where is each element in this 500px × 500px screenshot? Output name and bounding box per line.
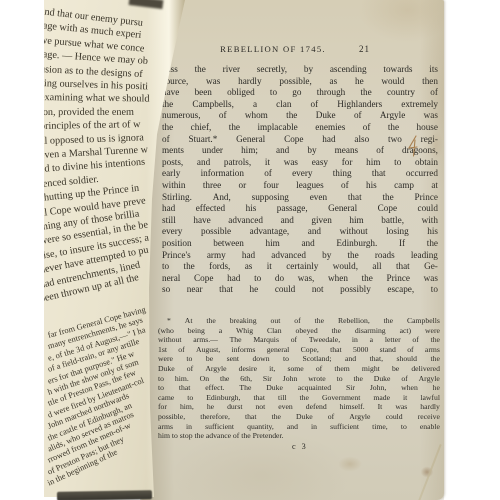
footnote-line: weretobesentdowntoScotland;andthat,shoul… <box>158 354 440 364</box>
body-line: mentsunderhim;andbymeansofdragoons, <box>162 145 438 157</box>
signature-mark: c 3 <box>292 442 308 451</box>
body-line: neralCopehadtodowas,whenthePrincewas <box>162 273 438 285</box>
book-bottom-edge <box>57 490 152 500</box>
footnote-line: him to stop the advance of the Pretender… <box>158 431 440 441</box>
footnote-line: *AtthebreakingoutoftheRebellion,theCampb… <box>158 316 440 326</box>
body-line: positionbetweenhimandEdinburgh.Ifthe <box>162 238 438 250</box>
footnote-line: cametoEdinburgh,thattilltheGovernmentmad… <box>158 393 440 403</box>
footnote-line: DukeofArgyledesireit,someofthemmightbede… <box>158 364 440 374</box>
header-title: REBELLION OF 1745. <box>220 44 326 54</box>
footnote-line: armsinsufficientquantity,andinsufficient… <box>158 422 440 432</box>
footnote-line: withoutarms.—TheMarquisofTweedale,inalet… <box>158 335 440 345</box>
body-line: numerous,ofwhomtheDukeofArgylewas <box>162 110 438 122</box>
right-page: REBELLION OF 1745. 21 passtheriversecret… <box>140 0 444 500</box>
footnote-line: forhim,hedurstnotevendefendhimself.Itwas… <box>158 402 440 412</box>
footnote-line: tothateffect.TheDukeacquaintedSirJohn,wh… <box>158 383 440 393</box>
page-number: 21 <box>359 44 370 54</box>
body-line: theCampbells,aclanofHighlandersextremely <box>162 99 438 111</box>
left-page-line: sing ourselves in his positi <box>40 78 148 92</box>
footnote-line: 1stofAugust,informsgeneralCope,that5000s… <box>158 345 440 355</box>
body-text: passtheriversecretly,byascendingtowardsi… <box>162 64 438 296</box>
body-line: sonearthathecouldnotpossiblyescape,to <box>162 284 438 296</box>
footnote-line: tohim.Onthe6th,SirJohnwrotetotheDukeofAr… <box>158 374 440 384</box>
footnote-line: possible,therefore,thattheDukeofArgyleco… <box>158 412 440 422</box>
left-page-line: ion, provided the enem <box>40 107 134 118</box>
body-line: earlyinformationofeverythingthatoccurred <box>162 168 438 180</box>
body-line: ofStuart.*GeneralCopehadalsotworegi- <box>162 134 438 146</box>
body-line: Prince'sarmyhadadvancedbytheroadsleading <box>162 250 438 262</box>
body-line: withinthreeorfourleaguesofhiscampat <box>162 180 438 192</box>
page-crease <box>416 444 442 500</box>
body-line: everypossibleadvantage,andwithoutlosingh… <box>162 226 438 238</box>
left-page-line: examining what we should <box>40 92 150 105</box>
body-line: tothefords,asitcertainlywould,allthatGe- <box>162 261 438 273</box>
body-line: Stirling.And,supposingeventhatthePrince <box>162 192 438 204</box>
body-line: havebeenobligedtogothroughthecountryof <box>162 87 438 99</box>
body-line: thechief,theimplacableenemiesofthehouse <box>162 122 438 134</box>
running-header: REBELLION OF 1745. 21 <box>140 44 444 56</box>
body-line: hadeffectedhispassage,GeneralCopecould <box>162 203 438 215</box>
body-line: passtheriversecretly,byascendingtowardsi… <box>162 64 438 76</box>
footnote-line: (whobeingaWhigClanobeyedthedisarmingact)… <box>158 326 440 336</box>
body-line: source,washardlypossible,ashewouldthen <box>162 76 438 88</box>
body-line: stillhaveadvancedandgivenhimbattle,with <box>162 215 438 227</box>
left-page-line: principles of the art of w <box>40 119 141 132</box>
footnote-text: *AtthebreakingoutoftheRebellion,theCampb… <box>158 316 440 441</box>
left-page-line: usion as to the designs of <box>40 64 143 80</box>
ink-mark <box>406 134 420 158</box>
body-line: posts,andpatrols,itwaseasyforhimtoobtain <box>162 157 438 169</box>
